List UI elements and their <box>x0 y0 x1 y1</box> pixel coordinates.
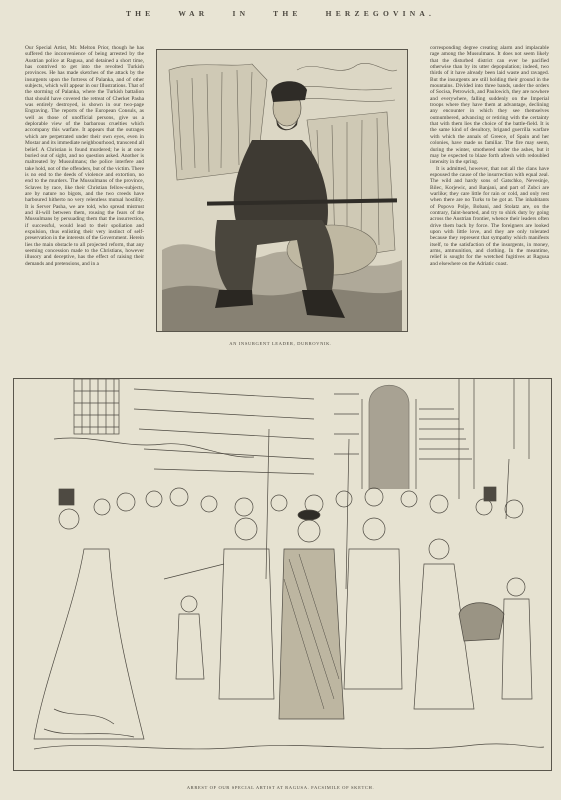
article-column-left: Our Special Artist, Mr. Melton Prior, th… <box>25 45 144 267</box>
article-column-right: corresponding degree creating alarm and … <box>430 45 549 267</box>
article-paragraph: corresponding degree creating alarm and … <box>430 45 549 166</box>
page-title: THE WAR IN THE HERZEGOVINA. <box>0 9 561 18</box>
insurgent-leader-illustration <box>157 50 407 331</box>
article-paragraph: It is admitted, however, that not all th… <box>430 166 549 268</box>
sketch-arrest-at-ragusa <box>13 378 552 771</box>
engraving-insurgent-leader <box>156 49 408 332</box>
article-paragraph: Our Special Artist, Mr. Melton Prior, th… <box>25 45 144 267</box>
caption-insurgent-leader: AN INSURGENT LEADER, DUBROVNIK. <box>0 341 561 346</box>
arrest-sketch-illustration <box>14 379 551 770</box>
caption-arrest-at-ragusa: ARREST OF OUR SPECIAL ARTIST AT RAGUSA. … <box>0 785 561 790</box>
